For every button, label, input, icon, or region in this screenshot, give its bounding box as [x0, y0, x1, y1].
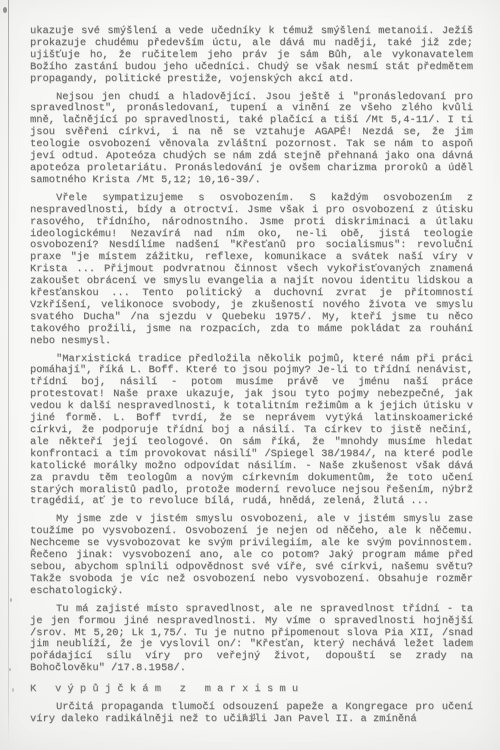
- paragraph-continuation: ukazuje své smýšlení a vede učedníky k t…: [30, 26, 473, 86]
- paragraph: My jsme zde v jistém smyslu osvobozeni, …: [30, 514, 473, 597]
- scan-fold-line: [8, 0, 9, 744]
- scan-speck: [3, 7, 7, 13]
- scan-speck: [10, 598, 12, 602]
- scanned-page: ukazuje své smýšlení a vede učedníky k t…: [0, 0, 500, 750]
- page-text: ukazuje své smýšlení a vede učedníky k t…: [30, 26, 473, 732]
- paragraph: "Marxistická tradice předložila několik …: [30, 354, 473, 509]
- section-heading: K v ý p ů j č k á m z m a r x i s m u: [30, 684, 473, 696]
- paragraph: Tu má zajisté místo spravedlnost, ale ne…: [30, 604, 473, 675]
- paragraph: Vřele sympatizujeme s osvobozením. S kaž…: [30, 193, 473, 348]
- page-number: 14: [0, 712, 500, 724]
- scan-speck: [12, 688, 14, 692]
- paragraph: Nejsou jen chudí a hladovějící. Jsou ješ…: [30, 92, 473, 187]
- scan-speck: [9, 668, 11, 671]
